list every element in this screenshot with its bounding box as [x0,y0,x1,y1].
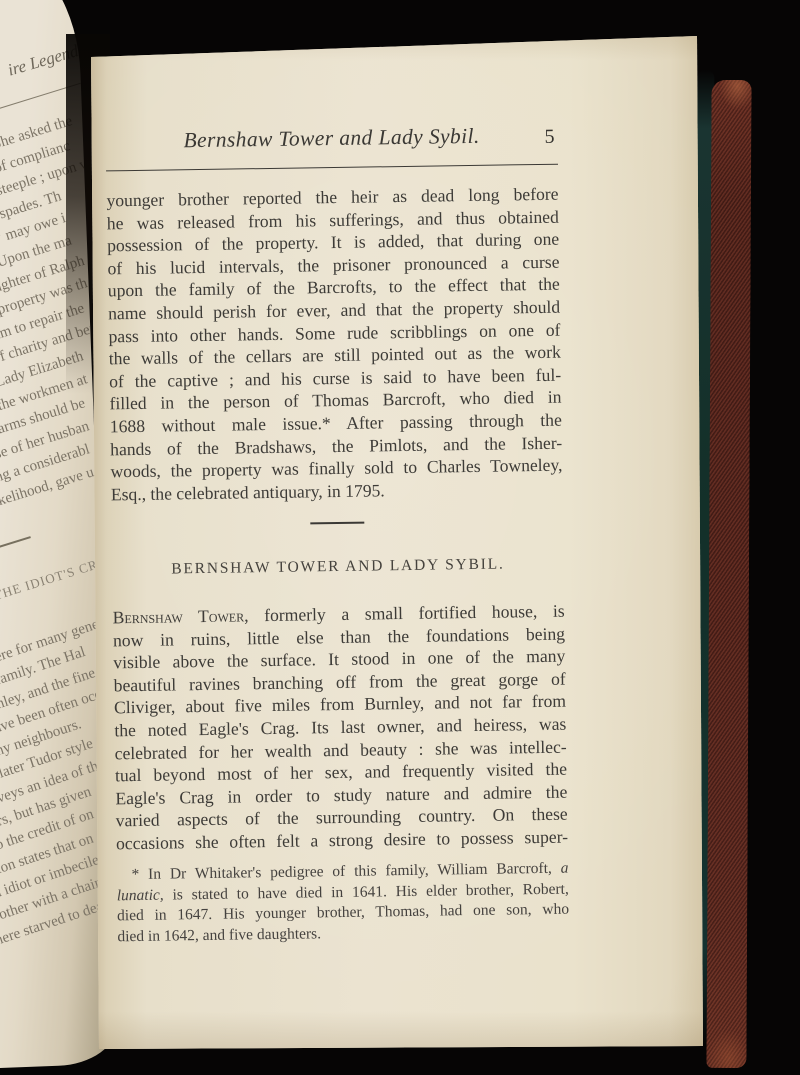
photo-background: { "left_page": { "header_fragment": "ire… [0,0,800,1075]
footnote-text: is stated to have died in 1641. His elde… [164,880,569,903]
left-page-section-divider [0,536,31,552]
footnote: * In Dr Whitaker's pedigree of this fami… [116,859,569,948]
paragraph-1-lines: younger brother reported the heir as dea… [106,183,562,483]
book-cover-edge [706,80,751,1068]
header-rule [106,164,558,172]
page-header-title: Bernshaw Tower and Lady Sybil. [183,124,479,152]
chapter-lead-smallcaps: Bernshaw Tower [113,605,245,627]
chapter-heading: BERNSHAW TOWER AND LADY SYBIL. [112,555,564,580]
section-divider [310,522,364,525]
footnote-italic-text: a [561,860,569,877]
footnote-italic-text: lunatic, [117,886,164,904]
body-paragraph-1: younger brother reported the heir as dea… [106,183,563,506]
footnote-text: * In Dr Whitaker's pedigree of this fami… [131,860,560,883]
page-number: 5 [544,126,554,149]
paragraph-2-lines: now in ruins, little else than the found… [113,622,568,855]
chapter-lead-rest: , formerly a small fortified house, is [244,601,565,626]
running-header: Bernshaw Tower and Lady Sybil. 5 [105,123,557,155]
page-content: Bernshaw Tower and Lady Sybil. 5 younger… [105,117,570,1024]
right-page: Bernshaw Tower and Lady Sybil. 5 younger… [85,30,707,1052]
body-paragraph-2: Bernshaw Tower, formerly a small fortifi… [113,600,569,855]
